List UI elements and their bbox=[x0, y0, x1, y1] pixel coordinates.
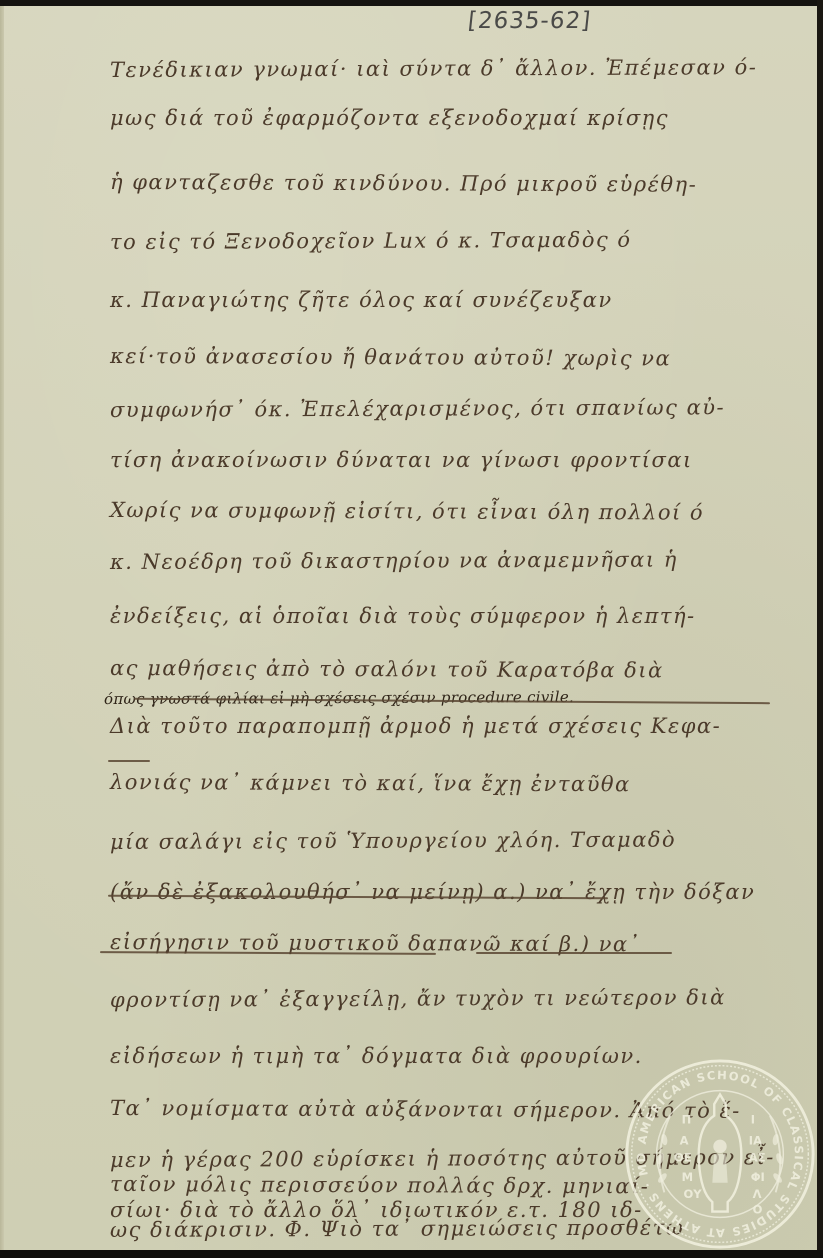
seal-emblem-icon: AMERICAN SCHOOL OF CLASSICAL STUDIES AT … bbox=[624, 1058, 816, 1250]
handwritten-line: μία σαλάγι εἰς τοῦ Ὑπουργείου χλόη. Τσαμ… bbox=[110, 828, 676, 854]
handwritten-line: Χωρίς να συμφωνῇ εἰσίτι, ότι εἶναι όλη π… bbox=[110, 498, 704, 525]
svg-text:Ο: Ο bbox=[753, 1203, 763, 1217]
handwritten-line: ως διάκρισιν. Φ. Ψιὸ τα᾽ σημειώσεις προσ… bbox=[110, 1215, 685, 1242]
institution-seal-stamp: AMERICAN SCHOOL OF CLASSICAL STUDIES AT … bbox=[624, 1058, 816, 1250]
handwritten-line: λονιάς να᾽ κάμνει τὸ καί, ἵνα ἔχῃ ἐνταῦθ… bbox=[110, 770, 631, 796]
svg-text:Α: Α bbox=[680, 1133, 689, 1147]
svg-text:Π: Π bbox=[682, 1112, 692, 1126]
svg-text:Μ: Μ bbox=[682, 1170, 693, 1184]
scan-border-right bbox=[817, 0, 823, 1258]
handwritten-line: μως διά τοῦ ἐφαρμόζοντα εξενοδοχμαί κρίσ… bbox=[110, 106, 669, 130]
handwritten-line: φροντίσῃ να᾽ ἐξαγγείλῃ, ἄν τυχὸν τι νεώτ… bbox=[110, 985, 726, 1012]
scan-border-bottom bbox=[0, 1250, 823, 1258]
svg-text:ΑΣ: ΑΣ bbox=[749, 1151, 766, 1165]
handwritten-line: τίση ἀνακοίνωσιν δύναται να γίνωσι φροντ… bbox=[110, 448, 693, 472]
handwritten-line: Τενέδικιαν γνωμαί· ιαὶ σύντα δ᾽ ἄλλον. Ἐ… bbox=[110, 55, 757, 82]
svg-text:ΦΙ: ΦΙ bbox=[751, 1170, 765, 1184]
handwritten-line: (ἄν δὲ ἐξακολουθήσ᾽ να μείνῃ) α.) να᾽ ἔχ… bbox=[110, 880, 755, 904]
handwritten-line: κεί·τοῦ ἀνασεσίου ἤ θανάτου αὐτοῦ! χωρὶς… bbox=[110, 344, 671, 370]
underline-stroke bbox=[476, 952, 672, 954]
handwritten-line: ἐνδείξεις, αἱ ὁποῖαι διὰ τοὺς σύμφερον ἡ… bbox=[110, 604, 696, 628]
handwritten-line: ας μαθήσεις ἀπὸ τὸ σαλόνι τοῦ Καρατόβα δ… bbox=[110, 656, 664, 682]
underline-stroke bbox=[108, 760, 150, 762]
page-left-edge bbox=[0, 6, 4, 1250]
handwritten-line: το εἰς τό Ξενοδοχεῖον Lux ό κ. Τσαμαδὸς … bbox=[110, 228, 632, 254]
handwritten-line: κ. Παναγιώτης ζῆτε όλος καί συνέζευξαν bbox=[110, 288, 613, 312]
handwritten-line: κ. Νεοέδρη τοῦ δικαστηρίου να ἀναμεμνῆσα… bbox=[110, 548, 678, 574]
svg-text:ΟΥ: ΟΥ bbox=[684, 1187, 703, 1201]
svg-text:ΘΕ: ΘΕ bbox=[674, 1151, 692, 1165]
handwritten-line: συμφωνήσ᾽ όκ. Ἐπελέχαρισμένος, ότι σπανί… bbox=[110, 395, 725, 422]
svg-text:Λ: Λ bbox=[753, 1187, 762, 1201]
handwritten-line: εἰδήσεων ἡ τιμὴ τα᾽ δόγματα διὰ φρουρίων… bbox=[110, 1044, 643, 1068]
archive-reference-number: [2635-62] bbox=[467, 8, 593, 34]
svg-text:Ι: Ι bbox=[751, 1112, 755, 1126]
svg-text:ΙΑ: ΙΑ bbox=[749, 1133, 762, 1147]
handwritten-line: ἡ φανταζεσθε τοῦ κινδύνου. Πρό μικροῦ εὑ… bbox=[110, 170, 697, 197]
handwritten-line: ταῖον μόλις περισσεύον πολλάς δρχ. μηνια… bbox=[110, 1172, 649, 1198]
handwritten-line: Διὰ τοῦτο παραπομπῇ ἀρμοδ ἡ μετά σχέσεις… bbox=[110, 714, 721, 738]
